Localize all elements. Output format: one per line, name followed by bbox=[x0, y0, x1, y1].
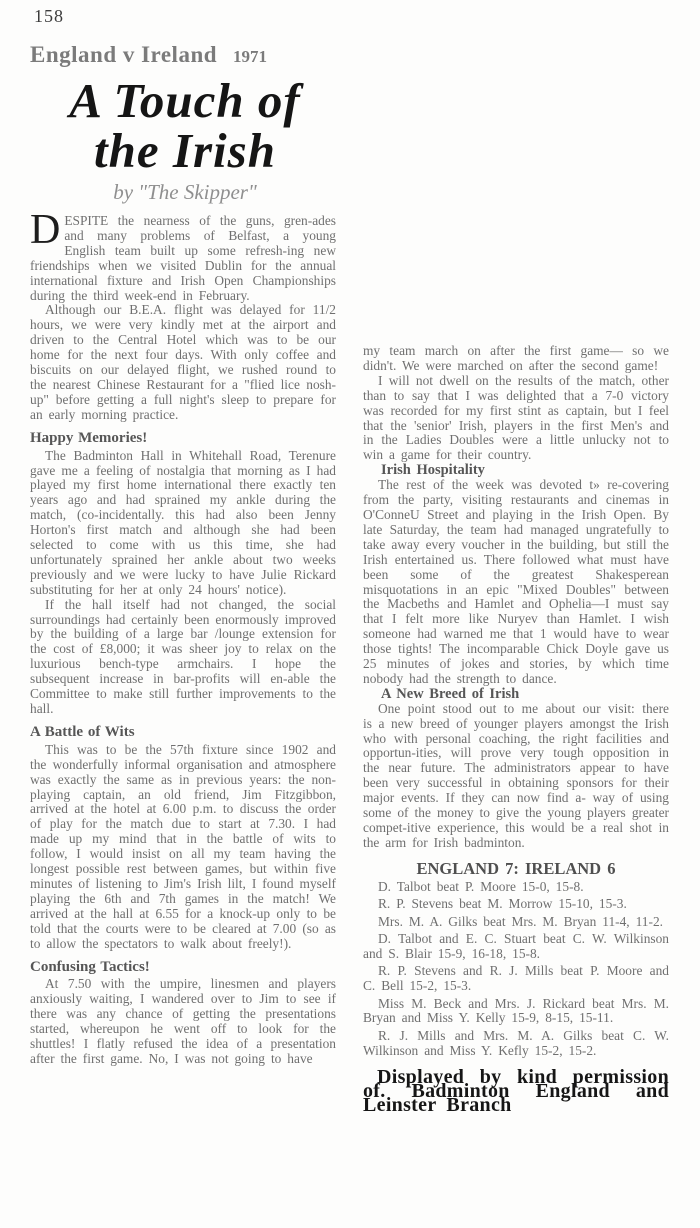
section-heading-new-breed: A New Breed of Irish bbox=[363, 687, 669, 702]
result-line: R. J. Mills and Mrs. M. A. Gilks beat C.… bbox=[363, 1029, 669, 1059]
left-column: DESPITE the nearness of the guns, gren-a… bbox=[30, 214, 336, 1067]
result-line: D. Talbot beat P. Moore 15-0, 15-8. bbox=[363, 880, 669, 895]
permission-credit: Displayed by kind permission of. Badmint… bbox=[363, 1070, 669, 1112]
paragraph: I will not dwell on the results of the m… bbox=[363, 374, 669, 463]
match-score-heading: ENGLAND 7: IRELAND 6 bbox=[363, 862, 669, 877]
section-heading-confusing-tactics: Confusing Tactics! bbox=[30, 960, 336, 975]
article-title-line2: the Irish bbox=[94, 123, 276, 178]
result-line: R. P. Stevens and R. J. Mills beat P. Mo… bbox=[363, 964, 669, 994]
section-heading-battle-of-wits: A Battle of Wits bbox=[30, 725, 336, 740]
article-kicker: England v Ireland1971 bbox=[30, 42, 267, 68]
paragraph: At 7.50 with the umpire, linesmen and pl… bbox=[30, 977, 336, 1066]
right-column: my team march on after the first game— s… bbox=[363, 344, 669, 1112]
page-number: 158 bbox=[34, 6, 64, 27]
paragraph: my team march on after the first game— s… bbox=[363, 344, 669, 374]
year-label: 1971 bbox=[233, 47, 267, 66]
drop-cap: D bbox=[30, 214, 64, 245]
paragraph: Although our B.E.A. flight was delayed f… bbox=[30, 303, 336, 422]
result-line: Mrs. M. A. Gilks beat Mrs. M. Bryan 11-4… bbox=[363, 915, 669, 930]
paragraph: This was to be the 57th fixture since 19… bbox=[30, 743, 336, 952]
section-heading-happy-memories: Happy Memories! bbox=[30, 431, 336, 446]
result-line: D. Talbot and E. C. Stuart beat C. W. Wi… bbox=[363, 932, 669, 962]
paragraph: If the hall itself had not changed, the … bbox=[30, 598, 336, 717]
paragraph-lead: DESPITE the nearness of the guns, gren-a… bbox=[30, 214, 336, 303]
paragraph: The rest of the week was devoted t» re-c… bbox=[363, 478, 669, 687]
section-heading-irish-hospitality: Irish Hospitality bbox=[363, 463, 669, 478]
article-title-line1: A Touch of bbox=[69, 73, 300, 128]
paragraph: The Badminton Hall in Whitehall Road, Te… bbox=[30, 449, 336, 598]
paragraph-lead-text: ESPITE the nearness of the guns, gren-ad… bbox=[30, 213, 336, 303]
byline: by "The Skipper" bbox=[15, 180, 355, 205]
paragraph: One point stood out to me about our visi… bbox=[363, 702, 669, 851]
match-title: England v Ireland bbox=[30, 42, 217, 67]
article-title: A Touch ofthe Irish bbox=[15, 76, 355, 176]
result-line: R. P. Stevens beat M. Morrow 15-10, 15-3… bbox=[363, 897, 669, 912]
result-line: Miss M. Beck and Mrs. J. Rickard beat Mr… bbox=[363, 997, 669, 1027]
scanned-article-page: 158 England v Ireland1971 A Touch ofthe … bbox=[0, 0, 700, 1228]
